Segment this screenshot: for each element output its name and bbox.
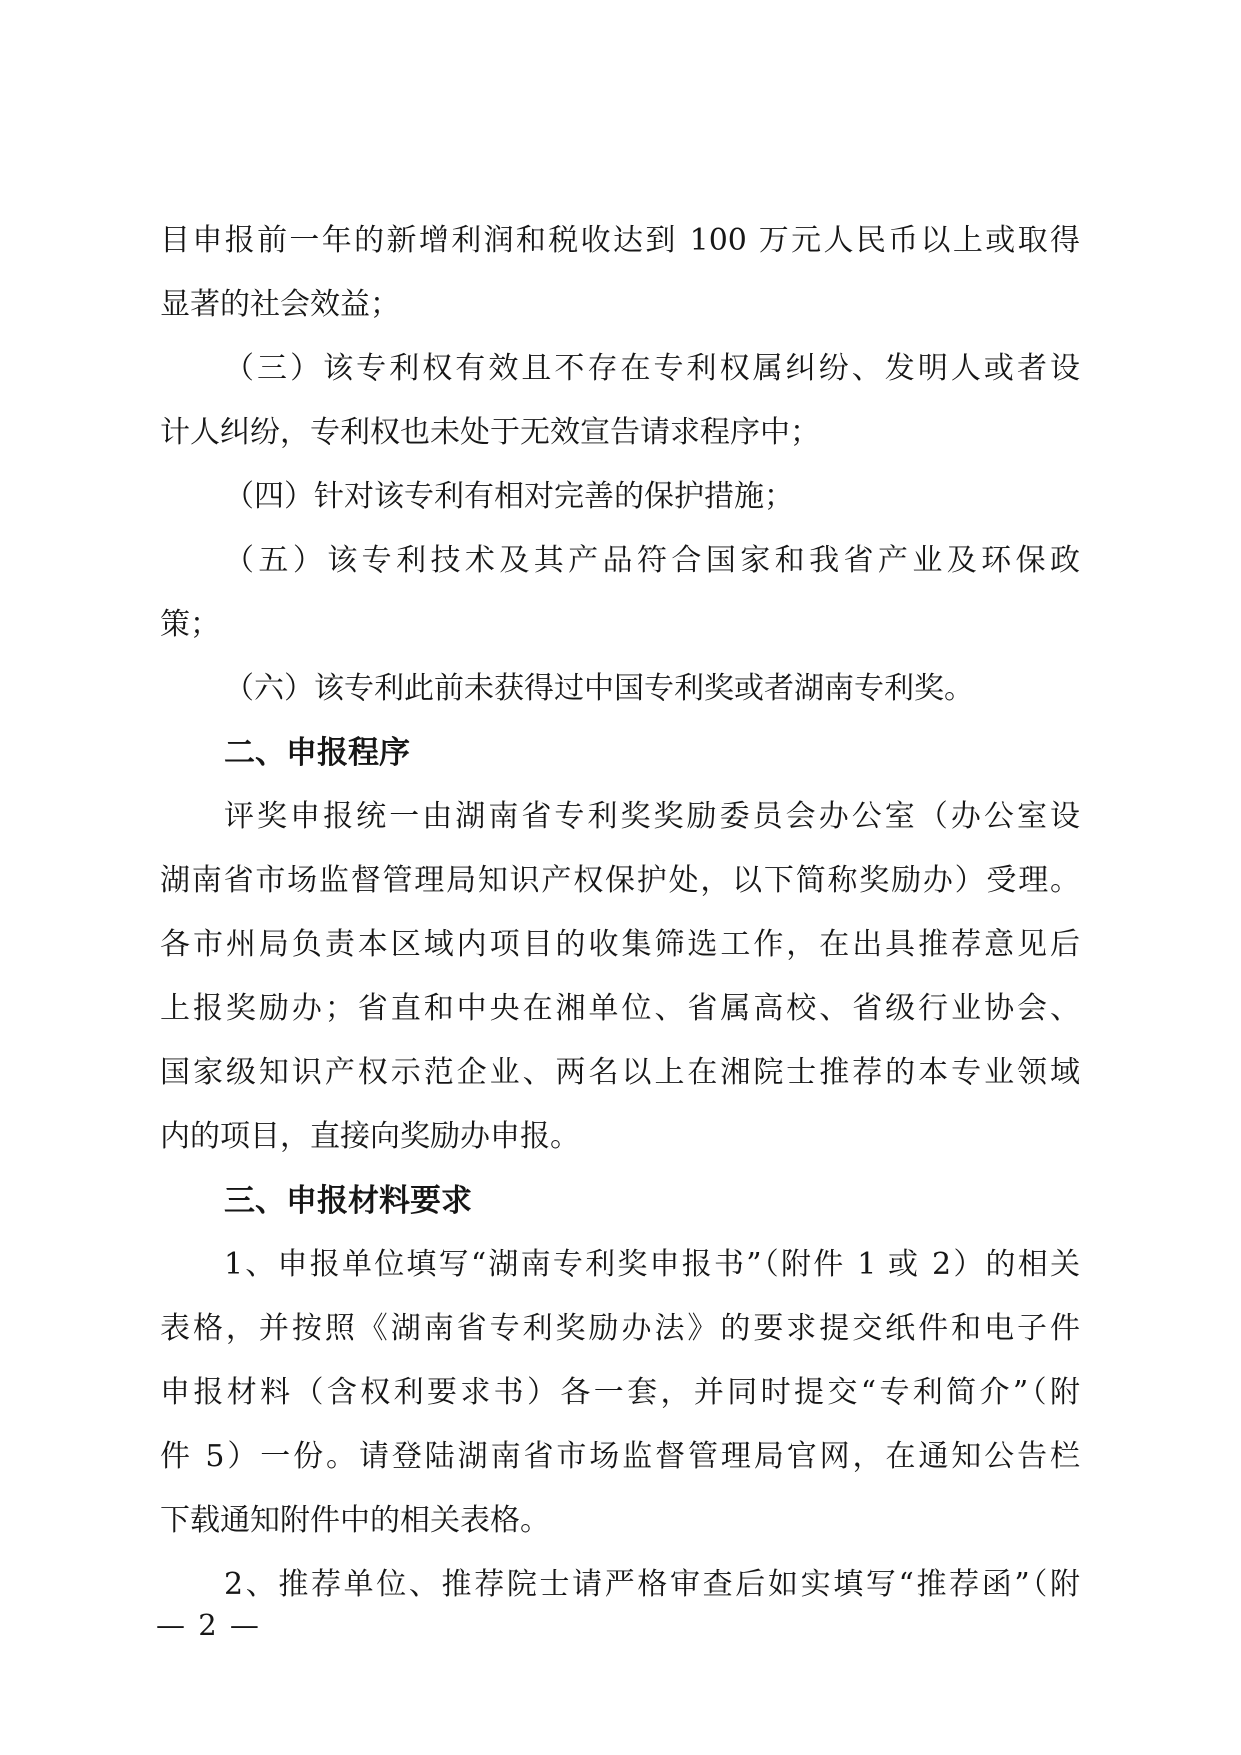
text-line: （六）该专利此前未获得过中国专利奖或者湖南专利奖。 (160, 657, 1080, 721)
document-body: 目申报前一年的新增利润和税收达到 100 万元人民币以上或取得 显著的社会效益；… (160, 209, 1080, 1617)
section-heading-2: 二、申报程序 (160, 721, 1080, 785)
text-line: 内的项目，直接向奖励办申报。 (160, 1105, 1080, 1169)
text-line: 显著的社会效益； (160, 273, 1080, 337)
text-line: 下载通知附件中的相关表格。 (160, 1489, 1080, 1553)
text-line: 申报材料（含权利要求书）各一套，并同时提交“专利简介”（附 (160, 1361, 1080, 1425)
text-line: 表格，并按照《湖南省专利奖励办法》的要求提交纸件和电子件 (160, 1297, 1080, 1361)
text-line: 目申报前一年的新增利润和税收达到 100 万元人民币以上或取得 (160, 209, 1080, 273)
text-line: 1、申报单位填写“湖南专利奖申报书”（附件 1 或 2）的相关 (160, 1233, 1080, 1297)
page-number: — 2 — (156, 1605, 261, 1645)
document-page: 目申报前一年的新增利润和税收达到 100 万元人民币以上或取得 显著的社会效益；… (0, 0, 1241, 1755)
text-line: （三）该专利权有效且不存在专利权属纠纷、发明人或者设 (160, 337, 1080, 401)
text-line: 国家级知识产权示范企业、两名以上在湘院士推荐的本专业领域 (160, 1041, 1080, 1105)
text-line: 上报奖励办；省直和中央在湘单位、省属高校、省级行业协会、 (160, 977, 1080, 1041)
text-line: （四）针对该专利有相对完善的保护措施； (160, 465, 1080, 529)
text-line: 各市州局负责本区域内项目的收集筛选工作，在出具推荐意见后 (160, 913, 1080, 977)
text-line: 件 5）一份。请登陆湖南省市场监督管理局官网，在通知公告栏 (160, 1425, 1080, 1489)
text-line: 2、推荐单位、推荐院士请严格审查后如实填写“推荐函”（附 (160, 1553, 1080, 1617)
text-line: 策； (160, 593, 1080, 657)
text-line: 计人纠纷，专利权也未处于无效宣告请求程序中； (160, 401, 1080, 465)
text-line: 评奖申报统一由湖南省专利奖奖励委员会办公室（办公室设 (160, 785, 1080, 849)
text-line: 湖南省市场监督管理局知识产权保护处，以下简称奖励办）受理。 (160, 849, 1080, 913)
text-line: （五）该专利技术及其产品符合国家和我省产业及环保政 (160, 529, 1080, 593)
section-heading-3: 三、申报材料要求 (160, 1169, 1080, 1233)
